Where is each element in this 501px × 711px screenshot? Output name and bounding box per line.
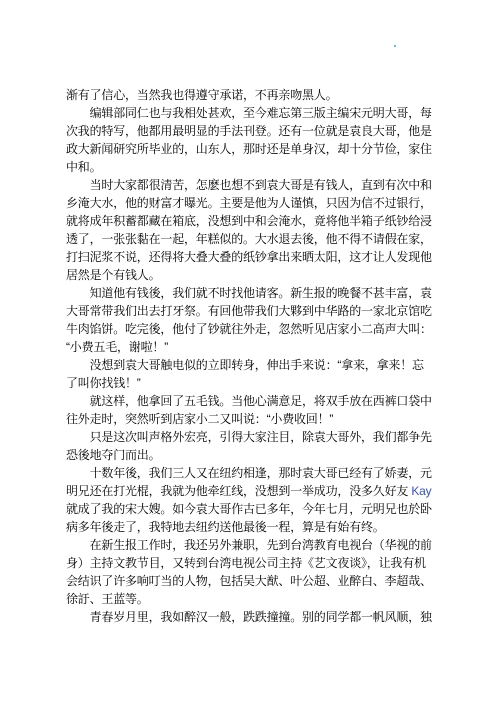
line-text: 牛肉馅饼。吃完後，他付了钞就往外走，忽然听见店家小二高声大叫： (66, 322, 432, 336)
book-page: 渐有了信心，当然我也得遵守承诺，不再亲吻黑人。 编辑部同仁也与我相处甚欢，至今难… (0, 0, 501, 711)
line-text: 次我的特写，他都用最明显的手法刊登。还有一位就是袁良大哥，他是 (66, 124, 432, 138)
line-text: 青春岁月里，我如醉汉一般，跌跌撞撞。别的同学都一帆风顺，独 (66, 610, 432, 624)
line-text: 就成了我的宋大嫂。如今袁大哥作古已多年，今年七月，元明兄也於卧 (66, 502, 432, 516)
speck-dot (394, 45, 396, 47)
line-text: 只是这次叫声格外宏亮，引得大家注目，除袁大哥外，我们都争先 (66, 430, 432, 444)
text-line-22: 十数年後，我们三人又在纽约相逢，那时袁大哥已经有了娇妻，元 (66, 464, 438, 482)
line-text: 明兄还在打光棍，我就为他牵红线，没想到一举成功，没多久好友 (66, 484, 411, 498)
line-text: 没想到袁大哥触电似的立即转身，伸出手来说：“拿来，拿来！忘 (66, 358, 424, 372)
line-text: 居然是个有钱人。 (66, 268, 160, 282)
text-line-4: 政大新闻研究所毕业的，山东人，那时还是单身汉，却十分节俭，家住 (66, 140, 438, 158)
text-line-16: 没想到袁大哥触电似的立即转身，伸出手来说：“拿来，拿来！忘 (66, 356, 438, 374)
line-text: 乡淹大水，他的财富才曝光。主要是他为人谨慎，只因为信不过银行， (66, 196, 432, 210)
line-text: 往外走时，突然听到店家小二又叫说：“小费收回！” (66, 412, 333, 426)
line-text: 恐後地夺门而出。 (66, 448, 160, 462)
text-line-20: 只是这次叫声格外宏亮，引得大家注目，除袁大哥外，我们都争先 (66, 428, 438, 446)
text-line-15: “小费五毛，谢啦！” (66, 338, 438, 356)
text-line-21: 恐後地夺门而出。 (66, 446, 438, 464)
text-line-10: 打扫泥浆不说，还得将大叠大叠的纸钞拿出来晒太阳，这才让人发现他 (66, 248, 438, 266)
text-line-24: 就成了我的宋大嫂。如今袁大哥作古已多年，今年七月，元明兄也於卧 (66, 500, 438, 518)
line-text: 大哥常带我们出去打牙祭。有回他带我们大夥到中华路的一家北京馆吃 (66, 304, 432, 318)
text-line-27: 身）主持文教节目，又转到台湾电视公司主持《艺文夜谈》，让我有机 (66, 554, 438, 572)
text-line-1: 渐有了信心，当然我也得遵守承诺，不再亲吻黑人。 (66, 86, 438, 104)
text-line-2: 编辑部同仁也与我相处甚欢，至今难忘第三版主编宋元明大哥，每 (66, 104, 438, 122)
text-line-18: 就这样，他拿回了五毛钱。当他心满意足，将双手放在西裤口袋中 (66, 392, 438, 410)
text-line-6: 当时大家都很清苦，怎麽也想不到袁大哥是有钱人，直到有次中和 (66, 176, 438, 194)
line-text: 知道他有钱後，我们就不时找他请客。新生报的晚餐不甚丰富，袁 (66, 286, 432, 300)
text-line-12: 知道他有钱後，我们就不时找他请客。新生报的晚餐不甚丰富，袁 (66, 284, 438, 302)
text-line-29: 徐訏、王蓝等。 (66, 590, 438, 608)
highlighted-word: Kay (411, 484, 431, 498)
line-text: 了叫你找钱！” (66, 376, 141, 390)
text-line-7: 乡淹大水，他的财富才曝光。主要是他为人谨慎，只因为信不过银行， (66, 194, 438, 212)
text-line-19: 往外走时，突然听到店家小二又叫说：“小费收回！” (66, 410, 438, 428)
line-text: 十数年後，我们三人又在纽约相逢，那时袁大哥已经有了娇妻，元 (66, 466, 432, 480)
text-line-17: 了叫你找钱！” (66, 374, 438, 392)
text-line-25: 病多年後走了，我特地去纽约送他最後一程，算是有始有终。 (66, 518, 438, 536)
text-line-23: 明兄还在打光棍，我就为他牵红线，没想到一举成功，没多久好友 Kay (66, 482, 438, 500)
text-line-13: 大哥常带我们出去打牙祭。有回他带我们大夥到中华路的一家北京馆吃 (66, 302, 438, 320)
text-line-26: 在新生报工作时，我还另外兼职，先到台湾教育电视台（华视的前 (66, 536, 438, 554)
text-line-9: 透了，一张张黏在一起，年糕似的。大水退去後，他不得不请假在家， (66, 230, 438, 248)
line-text: 渐有了信心，当然我也得遵守承诺，不再亲吻黑人。 (66, 88, 337, 102)
line-text: 透了，一张张黏在一起，年糕似的。大水退去後，他不得不请假在家， (66, 232, 432, 246)
text-line-30: 青春岁月里，我如醉汉一般，跌跌撞撞。别的同学都一帆风顺，独 (66, 608, 438, 626)
line-text: 身）主持文教节目，又转到台湾电视公司主持《艺文夜谈》，让我有机 (66, 556, 426, 570)
line-text: 中和。 (66, 160, 101, 174)
text-line-8: 就将成年积蓄都藏在箱底，没想到中和会淹水，竟将他半箱子纸钞给浸 (66, 212, 438, 230)
line-text: 打扫泥浆不说，还得将大叠大叠的纸钞拿出来晒太阳，这才让人发现他 (66, 250, 432, 264)
text-block: 渐有了信心，当然我也得遵守承诺，不再亲吻黑人。 编辑部同仁也与我相处甚欢，至今难… (66, 86, 438, 626)
line-text: 就将成年积蓄都藏在箱底，没想到中和会淹水，竟将他半箱子纸钞给浸 (66, 214, 432, 228)
text-line-5: 中和。 (66, 158, 438, 176)
line-text: 当时大家都很清苦，怎麽也想不到袁大哥是有钱人，直到有次中和 (66, 178, 432, 192)
line-text: 在新生报工作时，我还另外兼职，先到台湾教育电视台（华视的前 (66, 538, 432, 552)
line-text: 政大新闻研究所毕业的，山东人，那时还是单身汉，却十分节俭，家住 (66, 142, 432, 156)
line-text: 病多年後走了，我特地去纽约送他最後一程，算是有始有终。 (66, 520, 385, 534)
text-line-14: 牛肉馅饼。吃完後，他付了钞就往外走，忽然听见店家小二高声大叫： (66, 320, 438, 338)
text-line-11: 居然是个有钱人。 (66, 266, 438, 284)
line-text: 就这样，他拿回了五毛钱。当他心满意足，将双手放在西裤口袋中 (66, 394, 432, 408)
line-text: “小费五毛，谢啦！” (66, 340, 168, 354)
line-text: 编辑部同仁也与我相处甚欢，至今难忘第三版主编宋元明大哥，每 (66, 106, 432, 120)
text-line-28: 会结识了许多响叮当的人物，包括吴大猷、叶公超、业醉白、李超哉、 (66, 572, 438, 590)
line-text: 徐訏、王蓝等。 (66, 592, 149, 606)
line-text: 会结识了许多响叮当的人物，包括吴大猷、叶公超、业醉白、李超哉、 (66, 574, 432, 588)
text-line-3: 次我的特写，他都用最明显的手法刊登。还有一位就是袁良大哥，他是 (66, 122, 438, 140)
